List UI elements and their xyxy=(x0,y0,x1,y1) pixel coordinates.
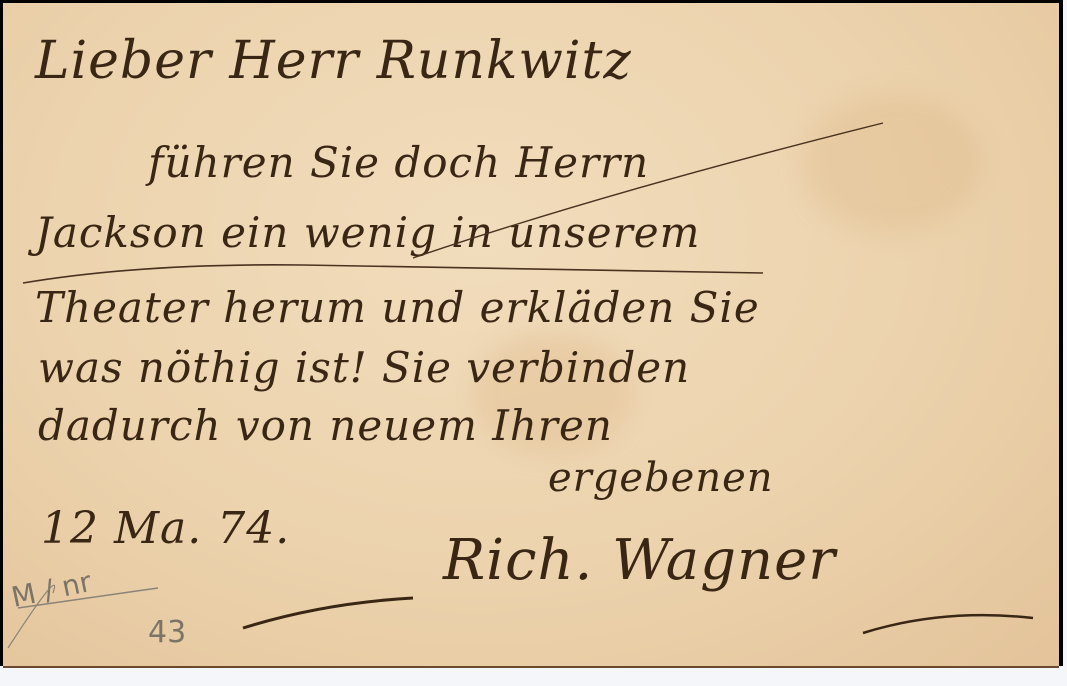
letter-card: Lieber Herr Runkwitz führen Sie doch Her… xyxy=(3,3,1059,668)
pen-flourishes xyxy=(3,3,1059,666)
